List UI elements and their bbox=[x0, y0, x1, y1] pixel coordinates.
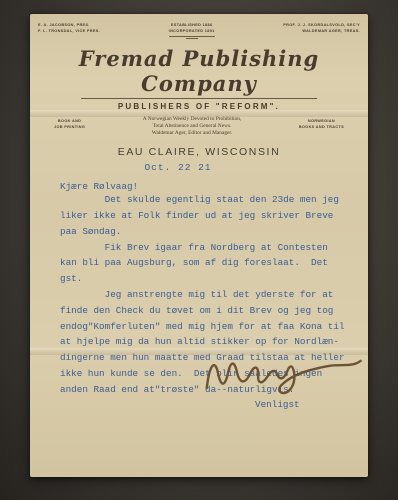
divider-rule-small bbox=[186, 38, 198, 39]
left-services: Book and Job Printing bbox=[54, 116, 85, 130]
salutation: Kjære Rølvaag! bbox=[60, 181, 368, 192]
weekly-description: A Norwegian Weekly Devoted to Prohibitio… bbox=[143, 116, 242, 137]
letterhead-top-row: E. A. Jacobson, Pres. F. L. Tronsdal, Vi… bbox=[30, 14, 368, 39]
right-services-line: Books and Tracts bbox=[299, 125, 344, 131]
description-line: A Norwegian Weekly Devoted to Prohibitio… bbox=[143, 116, 242, 123]
description-line: Waldemar Ager, Editor and Manager. bbox=[143, 130, 242, 137]
city-line: EAU CLAIRE, WISCONSIN bbox=[30, 146, 368, 158]
signature bbox=[197, 342, 369, 401]
closing-line: Venligst bbox=[255, 399, 368, 410]
officers-left: E. A. Jacobson, Pres. F. L. Tronsdal, Vi… bbox=[38, 23, 100, 34]
company-name: Fremad Publishing Company bbox=[30, 46, 368, 96]
officer-secretary: Prof. J. J. Skordalsvold, Sec'y bbox=[283, 23, 360, 29]
established-line: Established 1886 bbox=[169, 23, 215, 29]
left-services-line: Job Printing bbox=[54, 125, 85, 131]
officers-right: Prof. J. J. Skordalsvold, Sec'y Waldemar… bbox=[283, 23, 360, 34]
title-underline-rule bbox=[81, 98, 317, 99]
right-services: Norwegian Books and Tracts bbox=[299, 116, 344, 130]
letterhead-columns: Book and Job Printing A Norwegian Weekly… bbox=[30, 111, 368, 137]
divider-rule bbox=[169, 36, 215, 37]
incorporated-line: Incorporated 1891 bbox=[169, 29, 215, 35]
description-line: Total Abstinence and General News. bbox=[143, 123, 242, 130]
established-block: Established 1886 Incorporated 1891 bbox=[169, 23, 215, 39]
publishers-line: PUBLISHERS OF "REFORM". bbox=[30, 102, 368, 111]
officer-treasurer: Waldemar Ager, Treas. bbox=[283, 29, 360, 35]
date-line: Oct. 22 21 bbox=[30, 162, 326, 173]
letter-paper: E. A. Jacobson, Pres. F. L. Tronsdal, Vi… bbox=[30, 14, 368, 477]
officer-vice-president: F. L. Tronsdal, Vice Pres. bbox=[38, 29, 100, 35]
